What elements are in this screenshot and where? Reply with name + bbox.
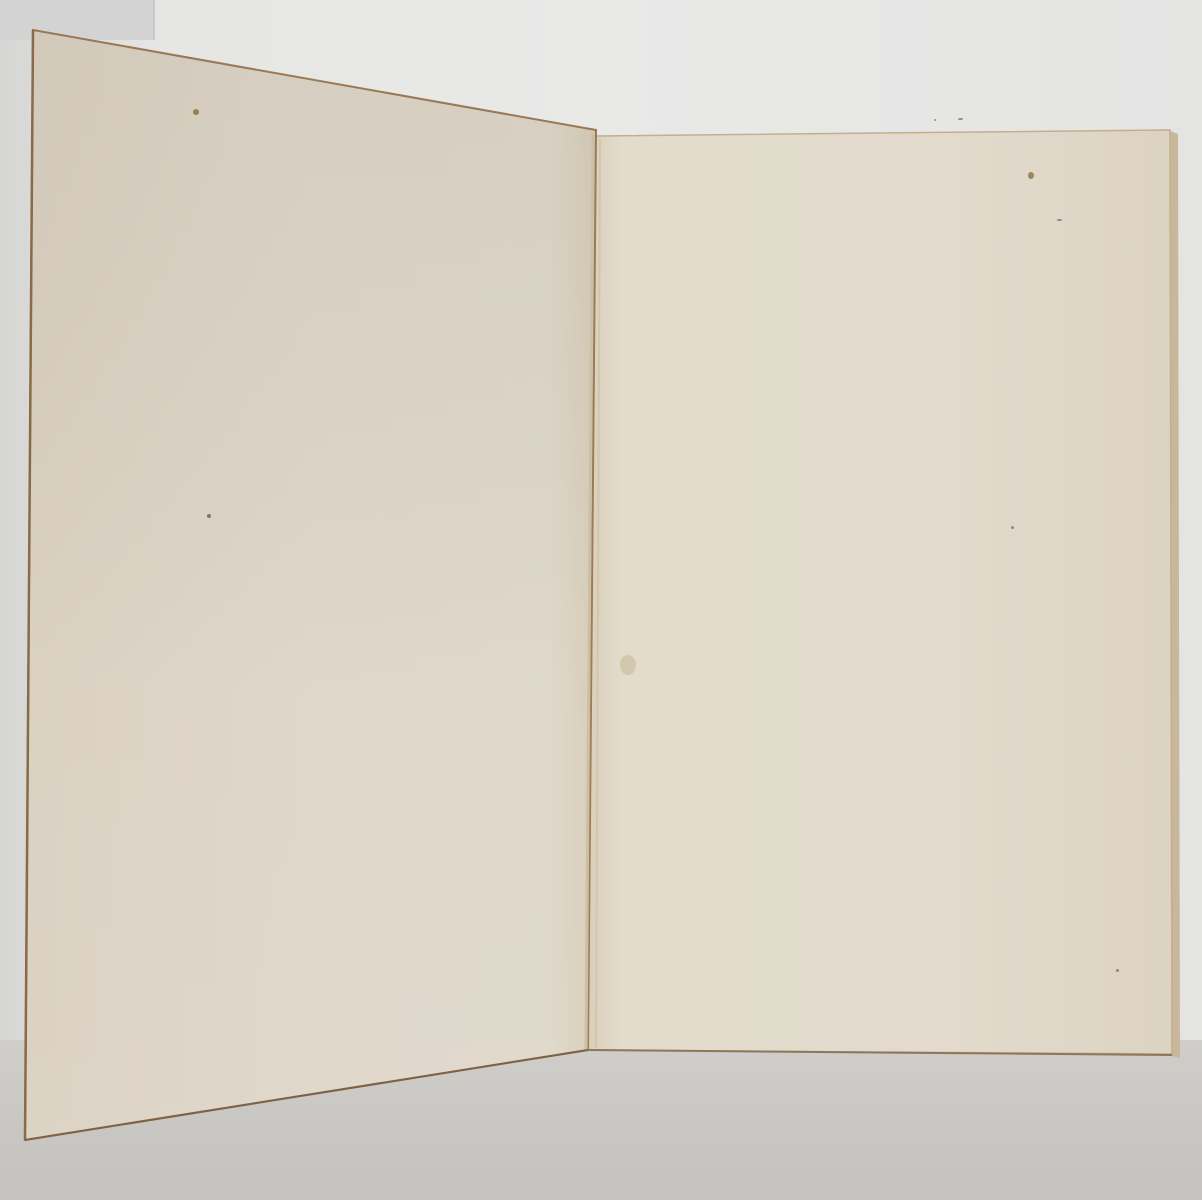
foxing-spot [1057, 219, 1062, 221]
right-page [588, 130, 1172, 1054]
book-photo-scene [0, 0, 1202, 1200]
foxing-spot [1028, 172, 1034, 179]
dust-speck [934, 119, 936, 121]
foxing-spot [207, 514, 211, 518]
foxing-spot [193, 109, 199, 115]
foxing-spot [1011, 526, 1014, 529]
left-page-shading [25, 30, 596, 1140]
dust-speck [958, 118, 963, 120]
foxing-spot [1116, 969, 1119, 972]
open-book [0, 0, 1202, 1200]
stain-spot [620, 655, 636, 675]
